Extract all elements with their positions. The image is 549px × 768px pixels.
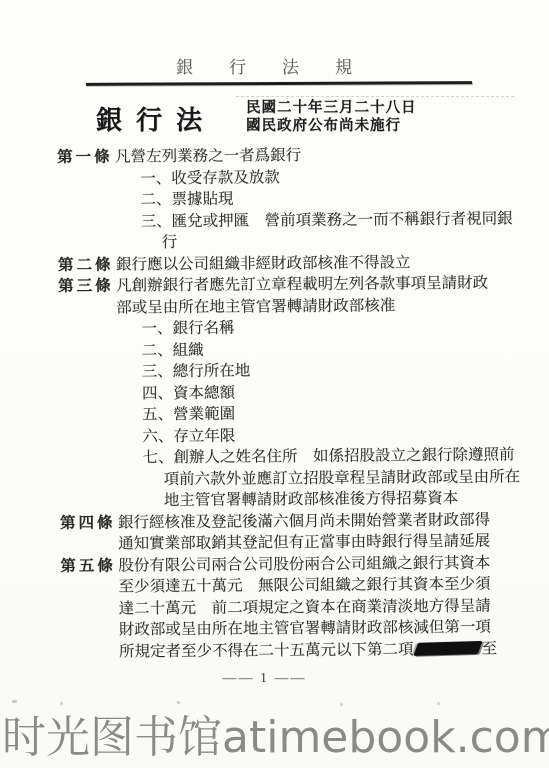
law-line-text: 一、銀行名稱	[141, 320, 234, 338]
law-line-text: 財政部或呈由所在地主管官署轉請財政部核減但第一項	[119, 619, 491, 639]
scanned-book-page: 銀行法規 銀行法 民國二十年三月二十八日 國民政府公布尚未施行 第一條凡營左列業…	[0, 0, 549, 768]
promulgation-note: 民國二十年三月二十八日 國民政府公布尚未施行	[246, 99, 417, 135]
law-line-text: 項前六款外並應訂立招股章程呈請財政部或呈由所在	[164, 468, 521, 488]
law-body-text: 第一條凡營左列業務之一者爲銀行一、收受存款及放款二、票據貼現三、匯兌或押匯 營前…	[57, 143, 513, 663]
law-line-text: 地主管官署轉請財政部核准後方得招募資本	[164, 490, 459, 509]
law-line-text: 至少須達五十萬元 無限公司組織之銀行其資本至少須	[118, 576, 490, 596]
article-label: 第三條	[58, 276, 116, 298]
law-line-text: 股份有限公司兩合公司股份兩合公司組織之銀行其資本	[118, 554, 490, 574]
law-line: 財政部或呈由所在地主管官署轉請財政部核減但第一項	[61, 616, 513, 641]
law-line-text: 三、匯兌或押匯 營前項業務之一而不稱銀行者視同銀	[141, 210, 513, 230]
law-line: 至少須達五十萬元 無限公司組織之銀行其資本至少須	[60, 573, 512, 598]
law-line-text: 凡創辦銀行者應先訂立章程載明左列各款事項呈請財政	[116, 275, 488, 295]
article-label: 第四條	[60, 512, 118, 534]
law-line-text: 二、組織	[142, 341, 204, 358]
law-line-text: 五、營業範圍	[142, 406, 235, 424]
promulgation-date-line: 民國二十年三月二十八日	[246, 99, 417, 117]
law-line-text: 通知實業部取銷其登記但有正當事由時銀行得呈請延展	[118, 533, 490, 553]
law-line: 地主管官署轉請財政部核准後方得招募資本	[60, 487, 512, 512]
header-rule-line	[86, 81, 472, 86]
law-line-text: 二、票據貼現	[140, 191, 233, 209]
ink-blot-redaction	[413, 641, 482, 656]
law-line: 通知實業部取銷其登記但有正當事由時銀行得呈請延展	[60, 530, 512, 555]
article-label: 第二條	[58, 254, 116, 276]
law-line-text-after-blot: 至	[481, 640, 497, 657]
page-number: —— 1 ——	[0, 671, 529, 687]
article-label: 第一條	[57, 147, 115, 169]
law-line-text: 一、收受存款及放款	[140, 169, 280, 187]
law-line-text: 達二十萬元 前二項規定之資本在商業清淡地方得呈請	[119, 597, 491, 617]
law-line-text: 銀行應以公司組織非經財政部核准不得設立	[116, 254, 411, 273]
law-line: 所規定者至少不得在二十五萬元以下第二項至	[61, 638, 513, 663]
law-line-text: 六、存立年限	[142, 427, 235, 445]
running-header: 銀行法規	[176, 53, 388, 78]
law-line-text: 銀行經核准及登記後滿六個月尚未開始營業者財政部得	[118, 511, 490, 531]
law-line-text: 所規定者至少不得在二十五萬元以下第二項	[119, 641, 414, 660]
law-line: 七、創辦人之姓名住所 如係招股設立之銀行除遵照前	[59, 444, 511, 469]
law-line-text: 部或呈由所在地主管官署轉請財政部核准	[116, 297, 395, 316]
promulgation-status-line: 國民政府公布尚未施行	[246, 117, 417, 135]
watermark-text: 时光图书馆atimebook.com	[2, 701, 549, 765]
law-line-text: 凡營左列業務之一者爲銀行	[115, 147, 301, 165]
rule-shadow-artifact	[236, 96, 514, 97]
law-line-text: 三、總行所在地	[142, 362, 251, 380]
law-title: 銀行法	[96, 100, 216, 137]
article-label: 第五條	[60, 555, 118, 577]
law-line-text: 四、資本總額	[142, 384, 235, 402]
law-line-text: 行	[162, 234, 178, 251]
law-line: 三、匯兌或押匯 營前項業務之一而不稱銀行者視同銀	[58, 208, 510, 233]
law-line: 第三條凡創辦銀行者應先訂立章程載明左列各款事項呈請財政	[58, 272, 510, 297]
law-line-text: 七、創辦人之姓名住所 如係招股設立之銀行除遵照前	[142, 446, 514, 466]
